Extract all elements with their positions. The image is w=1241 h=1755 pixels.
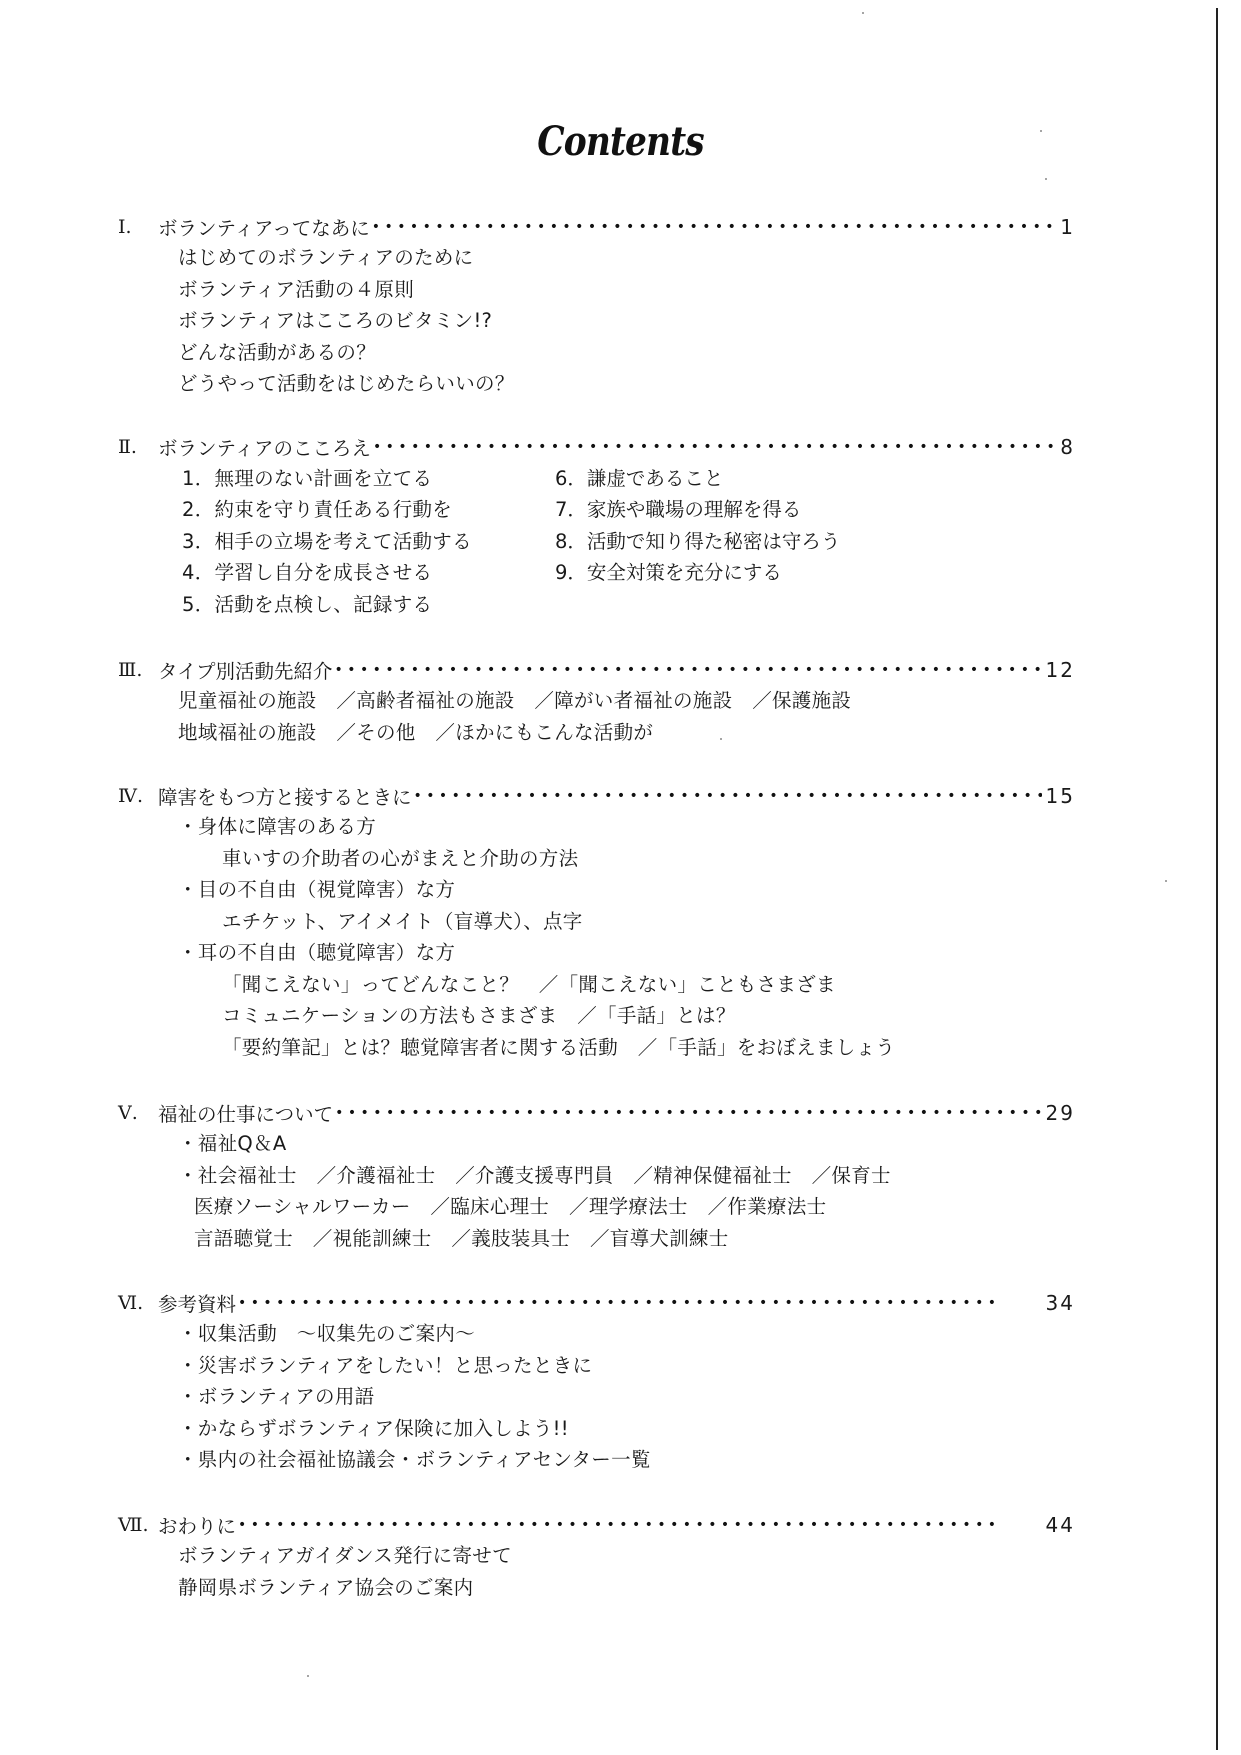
toc-item[interactable]: 8．活動で知り得た秘密は守ろう [555,529,840,555]
scan-speck [1165,880,1167,882]
toc-heading-4[interactable]: Ⅳ. 障害をもつ方と接するときに • • • • • • • • • • • •… [118,783,1075,809]
toc-item[interactable]: 9．安全対策を充分にする [555,560,782,586]
toc-item[interactable]: ボランティア活動の４原則 [178,277,414,303]
scan-speck [1045,178,1047,180]
toc-heading-3[interactable]: Ⅲ. タイプ別活動先紹介 • • • • • • • • • • • • • •… [118,657,1075,683]
toc-heading-7[interactable]: Ⅶ. おわりに • • • • • • • • • • • • • • • • … [118,1512,1075,1538]
toc-item[interactable]: 地域福祉の施設 ／その他 ／ほかにもこんな活動が [178,720,653,746]
scan-speck [720,738,722,740]
toc-item[interactable]: 6．謙虚であること [555,466,723,492]
toc-item[interactable]: ・県内の社会福祉協議会・ボランティアセンター一覧 [178,1447,651,1473]
toc-item[interactable]: ・災害ボランティアをしたい！と思ったときに [178,1353,592,1379]
page-number: 29 [1042,1101,1075,1125]
page-edge-rule [1216,8,1218,1750]
section-title: ボランティアってなあに [158,213,370,241]
toc-item[interactable]: 静岡県ボランティア協会のご案内 [178,1575,473,1601]
toc-item[interactable]: どんな活動があるの？ [178,340,376,366]
section-numeral: Ⅱ. [118,436,158,458]
toc-item[interactable]: ボランティアガイダンス発行に寄せて [178,1543,512,1569]
toc-heading-1[interactable]: Ⅰ. ボランティアってなあに • • • • • • • • • • • • •… [118,214,1075,240]
page-number: 1 [1056,215,1075,239]
leader-dots: • • • • • • • • • • • • • • • • • • • • … [236,1517,1042,1533]
page-title: Contents [87,118,1154,165]
toc-item[interactable]: 5．活動を点検し、記録する [182,592,432,618]
toc-item[interactable]: 3．相手の立場を考えて活動する [182,529,472,555]
section-title: 参考資料 [158,1289,236,1317]
leader-dots: • • • • • • • • • • • • • • • • • • • • … [370,219,1056,235]
toc-item[interactable]: 7．家族や職場の理解を得る [555,497,801,523]
toc-item[interactable]: 医療ソーシャルワーカー ／臨床心理士 ／理学療法士 ／作業療法士 [194,1194,826,1220]
leader-dots: • • • • • • • • • • • • • • • • • • • • … [412,788,1042,804]
scan-speck [862,12,864,14]
toc-heading-5[interactable]: Ⅴ. 福祉の仕事について • • • • • • • • • • • • • •… [118,1100,1075,1126]
toc-heading-2[interactable]: Ⅱ. ボランティアのこころえ • • • • • • • • • • • • •… [118,434,1075,460]
scan-speck [307,1675,309,1677]
toc-item[interactable]: ボランティアはこころのビタミン!? [178,308,492,334]
page-number: 8 [1056,435,1075,459]
toc-item[interactable]: ・収集活動 ～収集先のご案内～ [178,1321,475,1347]
toc-item[interactable]: コミュニケーションの方法もさまざま ／「手話」とは？ [222,1003,736,1029]
page-number: 15 [1042,784,1075,808]
section-title: おわりに [158,1511,236,1539]
toc-heading-6[interactable]: Ⅵ. 参考資料 • • • • • • • • • • • • • • • • … [118,1290,1075,1316]
toc-item[interactable]: 児童福祉の施設 ／高齢者福祉の施設 ／障がい者福祉の施設 ／保護施設 [178,688,851,714]
section-numeral: Ⅲ. [118,659,158,681]
toc-item[interactable]: ・身体に障害のある方 [178,814,376,840]
section-title: ボランティアのこころえ [158,433,371,461]
section-title: 福祉の仕事について [158,1099,333,1127]
toc-item[interactable]: ・耳の不自由（聴覚障害）な方 [178,940,455,966]
section-title: 障害をもつ方と接するときに [158,782,412,810]
toc-item[interactable]: ・福祉Q＆A [178,1131,287,1157]
toc-item[interactable]: ・目の不自由（視覚障害）な方 [178,877,455,903]
leader-dots: • • • • • • • • • • • • • • • • • • • • … [371,439,1056,455]
leader-dots: • • • • • • • • • • • • • • • • • • • • … [236,1295,1042,1311]
toc-item[interactable]: ・ボランティアの用語 [178,1384,374,1410]
toc-item[interactable]: 「要約筆記」とは？聴覚障害者に関する活動 ／「手話」をおぼえましょう [222,1035,895,1061]
toc-item[interactable]: ・かならずボランティア保険に加入しよう!! [178,1416,569,1442]
toc-item[interactable]: 1．無理のない計画を立てる [182,466,432,492]
toc-page: Contents Ⅰ. ボランティアってなあに • • • • • • • • … [0,0,1241,1755]
section-numeral: Ⅰ. [118,216,158,238]
section-title: タイプ別活動先紹介 [158,656,333,684]
leader-dots: • • • • • • • • • • • • • • • • • • • • … [333,662,1042,678]
leader-dots: • • • • • • • • • • • • • • • • • • • • … [333,1105,1041,1121]
toc-item[interactable]: 4．学習し自分を成長させる [182,560,432,586]
page-number: 12 [1042,658,1075,682]
toc-item[interactable]: ・社会福祉士 ／介護福祉士 ／介護支援専門員 ／精神保健福祉士 ／保育士 [178,1163,891,1189]
section-numeral: Ⅳ. [118,785,158,807]
toc-item[interactable]: はじめてのボランティアのために [178,245,473,271]
toc-item[interactable]: 2．約束を守り責任ある行動を [182,497,452,523]
section-numeral: Ⅶ. [118,1514,158,1536]
toc-item[interactable]: どうやって活動をはじめたらいいの？ [178,371,515,397]
page-number: 34 [1042,1291,1075,1315]
page-number: 44 [1042,1513,1075,1537]
scan-speck [1040,130,1042,132]
toc-item[interactable]: 車いすの介助者の心がまえと介助の方法 [222,846,578,872]
toc-item[interactable]: 言語聴覚士 ／視能訓練士 ／義肢装具士 ／盲導犬訓練士 [194,1226,729,1252]
toc-item[interactable]: 「聞こえない」ってどんなこと？ ／「聞こえない」こともさまざま [222,972,836,998]
section-numeral: Ⅴ. [118,1102,158,1124]
toc-item[interactable]: エチケット、アイメイト（盲導犬）、点字 [222,909,583,935]
section-numeral: Ⅵ. [118,1292,158,1314]
